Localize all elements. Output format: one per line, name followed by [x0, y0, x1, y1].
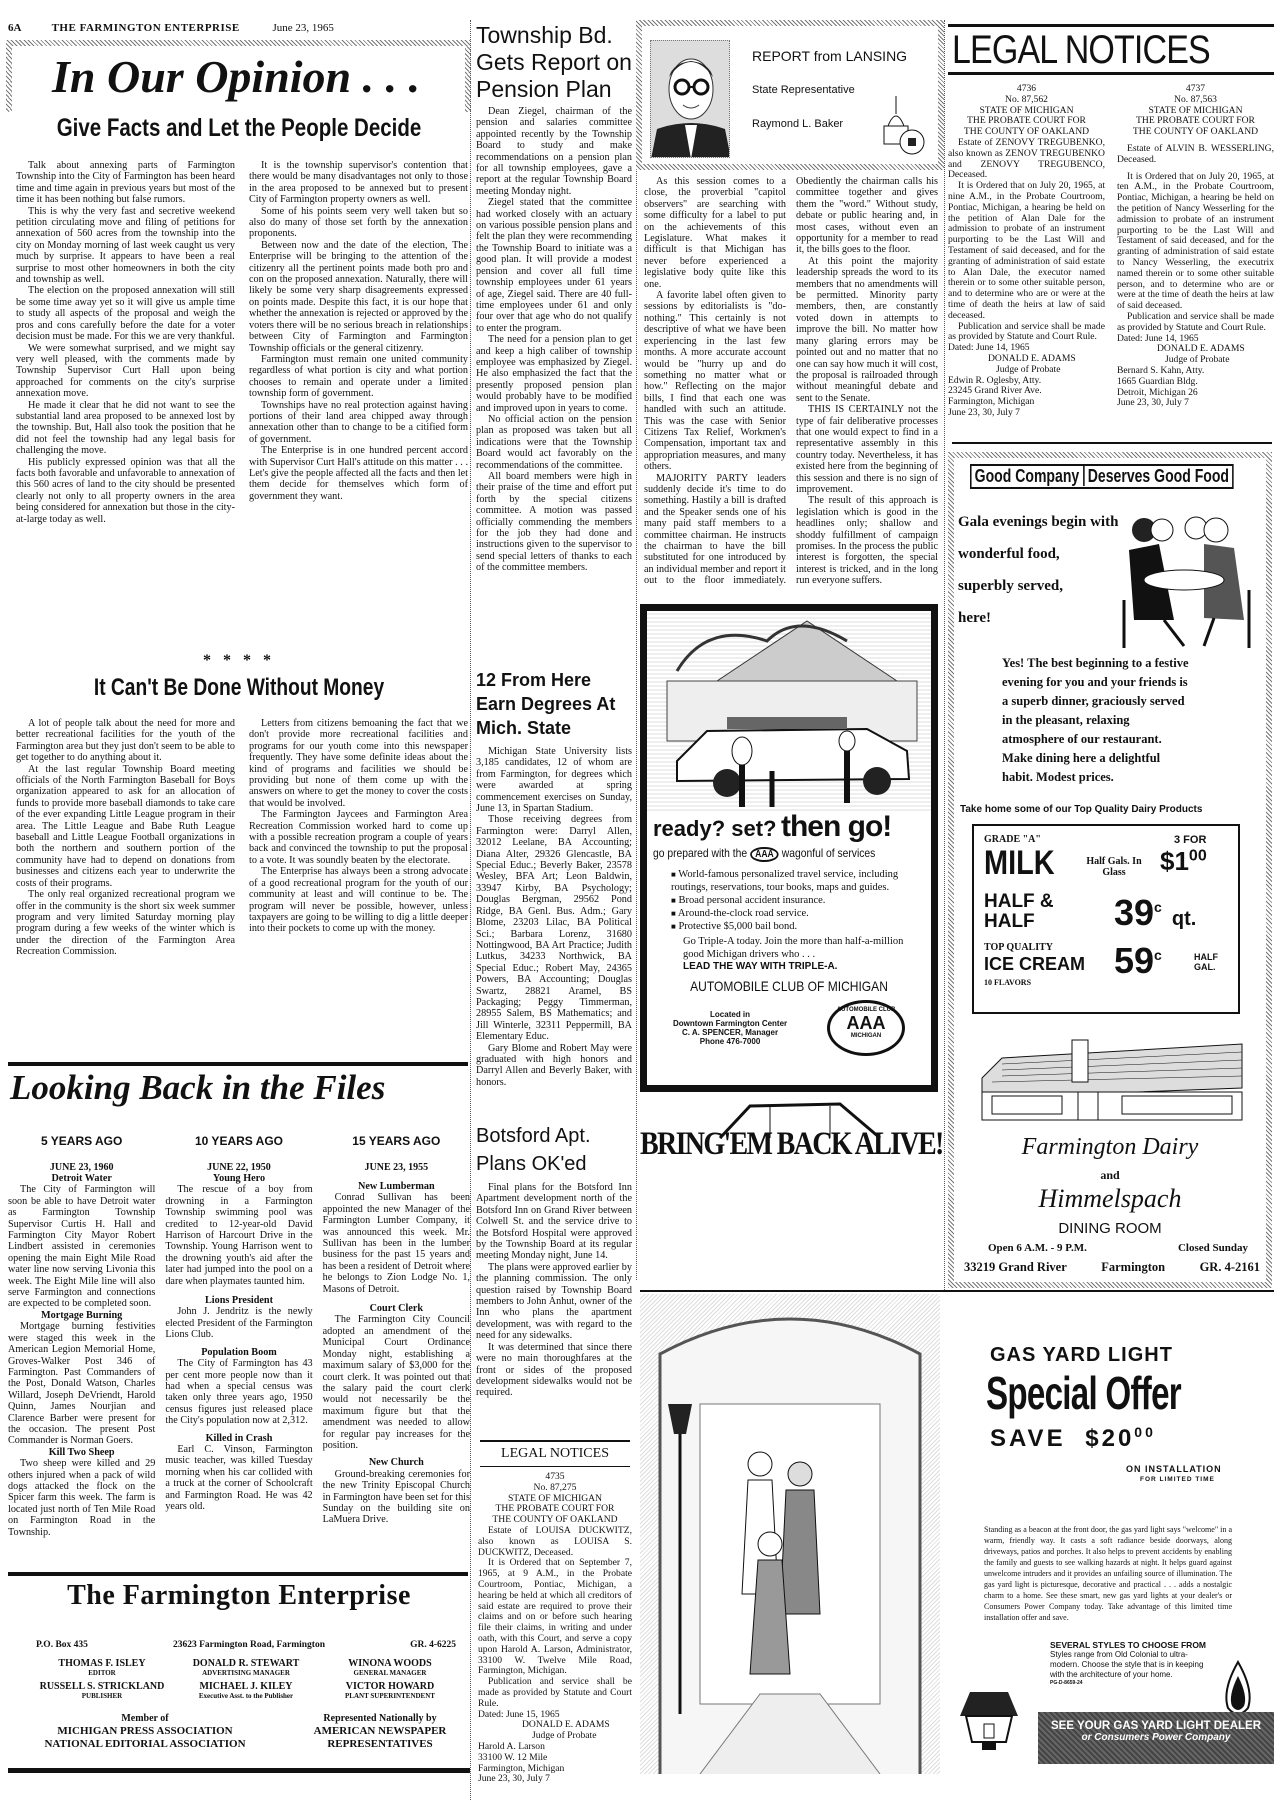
staff-contact-row: P.O. Box 435 23623 Farmington Road, Farm… — [36, 1640, 456, 1650]
styles-title: SEVERAL STYLES TO CHOOSE FROM — [1050, 1640, 1210, 1650]
milk-qty: 3 FOR — [1174, 834, 1206, 846]
lansing-subtitle: State Representative — [752, 84, 855, 96]
member-of: Member of MICHIGAN PRESS ASSOCIATION NAT… — [20, 1712, 270, 1751]
paragraph: At this point the majority leadership sp… — [796, 256, 938, 404]
item-text: The Farmington City Council adopted an a… — [323, 1314, 470, 1451]
save-label: SAVE — [990, 1425, 1066, 1452]
aaa-location: Located in Downtown Farmington Center C.… — [673, 1010, 787, 1046]
staff-grid: THOMAS F. ISLEYEDITOR DONALD R. STEWARTA… — [30, 1658, 462, 1700]
divider — [952, 442, 1272, 444]
paragraph: Between now and the date of the election… — [249, 240, 468, 354]
paragraph: Dean Ziegel, chairman of the pension and… — [476, 106, 632, 197]
staff-name: RUSSELL S. STRICKLAND — [30, 1681, 174, 1692]
rep-org: REPRESENTATIVES — [300, 1738, 460, 1751]
aaa-headline: ready? set? then go! — [653, 813, 925, 846]
divider — [948, 72, 1274, 75]
case-number: No. 87,562 — [948, 95, 1105, 106]
phone: GR. 4-2161 — [1200, 1260, 1260, 1275]
divider — [8, 1572, 468, 1576]
opening-hours: Open 6 A.M. - 9 P.M. — [988, 1242, 1087, 1254]
item-title: Court Clerk — [323, 1303, 470, 1314]
publication-line: Publication and service shall be made as… — [948, 322, 1105, 344]
price-cents: 00 — [1189, 847, 1207, 864]
paragraph: It was determined that since there were … — [476, 1342, 632, 1399]
ice-cream-label: ICE CREAM — [984, 954, 1085, 975]
paragraph: Publication and service shall be made as… — [478, 1677, 632, 1709]
looking-back-columns: 5 YEARS AGO JUNE 23, 1960 Detroit Water … — [8, 1134, 470, 1554]
aaa-tagline: go prepared with the AAA wagonful of ser… — [653, 846, 887, 862]
paragraph: We were somewhat surprised, and we might… — [16, 343, 235, 400]
save-cents: 00 — [1134, 1424, 1156, 1440]
staff-role: GENERAL MANAGER — [318, 1669, 462, 1677]
gas-body: Standing as a beacon at the front door, … — [984, 1524, 1232, 1623]
closed-day: Closed Sunday — [1178, 1242, 1248, 1254]
safety-slogan: BRING'EM BACK ALIVE! — [640, 1126, 895, 1163]
take-home-line: Take home some of our Top Quality Dairy … — [960, 804, 1260, 815]
intro-line: wonderful food, — [958, 538, 1118, 570]
price-cents: c — [1154, 899, 1162, 915]
paragraph: The result of this approach is legislati… — [796, 495, 938, 586]
dairy-banner: Good Company Deserves Good Food — [970, 464, 1234, 489]
special-offer: Special Offer — [986, 1366, 1181, 1420]
paper-name: THE FARMINGTON ENTERPRISE — [52, 22, 240, 34]
item-title: Young Hero — [165, 1173, 312, 1184]
location-line: C. A. SPENCER, Manager — [673, 1028, 787, 1037]
attorney-line: June 23, 30, July 7 — [478, 1774, 632, 1785]
item-title: New Church — [323, 1457, 470, 1468]
staff-role: Executive Asst. to the Publisher — [174, 1692, 318, 1700]
attorney-line: June 23, 30, July 7 — [948, 408, 1105, 419]
city: Farmington — [1101, 1260, 1165, 1275]
item-title: New Lumberman — [323, 1181, 470, 1192]
staff-role: EDITOR — [30, 1669, 174, 1677]
milk-label: MILK — [984, 844, 1055, 883]
intro-line: superbly served, — [958, 570, 1118, 602]
aaa-logo-icon: AAA — [750, 847, 779, 862]
paragraph: At the last regular Township Board meeti… — [16, 764, 235, 889]
paragraph: Talk about annexing parts of Farmington … — [16, 160, 235, 206]
aaa-cta-bold: LEAD THE WAY WITH TRIPLE-A. — [683, 961, 925, 972]
location-line: Downtown Farmington Center — [673, 1019, 787, 1028]
editorial-1-headline: Give Facts and Let the People Decide — [50, 114, 429, 143]
legal-notices-header: LEGAL NOTICES — [952, 30, 1224, 70]
page-header: 6A THE FARMINGTON ENTERPRISE June 23, 19… — [8, 22, 468, 38]
paragraph: Ziegel stated that the committee had wor… — [476, 197, 632, 334]
item-text: The City of Farmington has 43 per cent m… — [165, 1358, 312, 1426]
paragraph: The Farmington Jaycees and Farmington Ar… — [249, 809, 468, 866]
item-title: Lions President — [165, 1295, 312, 1306]
represented-by: Represented Nationally by AMERICAN NEWSP… — [300, 1712, 460, 1751]
price-main: 39 — [1114, 892, 1154, 933]
section-separator: * * * * — [8, 652, 470, 670]
gas-lamp-icon — [940, 1686, 1038, 1752]
paragraph: The Enterprise has always been a strong … — [249, 866, 468, 934]
represented-label: Represented Nationally by — [300, 1712, 460, 1725]
dairy-intro: Gala evenings begin with wonderful food,… — [958, 506, 1118, 634]
dairy-name: Farmington Dairy — [954, 1134, 1266, 1161]
ice-cream-flavors: 10 FLAVORS — [984, 978, 1031, 987]
item-text: Two sheep were killed and 29 others inju… — [8, 1458, 155, 1538]
paragraph: The Enterprise is in one hundred percent… — [249, 445, 468, 502]
service-text: Protective $5,000 bail bond. — [678, 921, 797, 932]
staff-name: VICTOR HOWARD — [318, 1681, 462, 1692]
lansing-header-box: REPORT from LANSING State Representative… — [636, 20, 944, 170]
ice-cream-quality: TOP QUALITY — [984, 942, 1053, 953]
half-and-half-label: HALF & HALF — [984, 892, 1064, 932]
column-header: 15 YEARS AGO — [323, 1134, 470, 1148]
safety-slogan-graphic: BRING'EM BACK ALIVE! — [640, 1098, 940, 1168]
legal-notice-4736: 4736 No. 87,562 STATE OF MICHIGAN THE PR… — [948, 84, 1105, 419]
intro-line: here! — [958, 602, 1118, 634]
township-headline: Township Bd. Gets Report on Pension Plan — [476, 22, 636, 103]
paragraph: As this session comes to a close, the pr… — [644, 176, 786, 290]
judge-title: Judge of Probate — [948, 365, 1105, 376]
milk-price: $100 — [1160, 846, 1207, 877]
column-rule — [636, 20, 637, 1280]
column-date: JUNE 22, 1950 — [165, 1162, 312, 1173]
paper-nameplate: The Farmington Enterprise — [8, 1580, 470, 1612]
attorney-line: June 23, 30, July 7 — [1117, 398, 1274, 409]
price-main: 59 — [1114, 940, 1154, 981]
ice-cream-unit: HALF GAL. — [1194, 952, 1234, 972]
estate-line: Estate of ALVIN B. WESSERLING, Deceased. — [1117, 144, 1274, 166]
dairy-body: Yes! The best beginning to a festive eve… — [1002, 654, 1192, 787]
item-title: Population Boom — [165, 1347, 312, 1358]
estate-line: Estate of ZENOVY TREGUBENKO, also known … — [948, 138, 1105, 181]
tagline-text: go prepared with the — [653, 846, 747, 860]
botsford-body: Final plans for the Botsford Inn Apartme… — [476, 1182, 632, 1399]
on-installation: ON INSTALLATION — [1126, 1464, 1222, 1474]
staff-role: PUBLISHER — [30, 1692, 174, 1700]
location-line: Located in — [673, 1010, 787, 1019]
limited-time: FOR LIMITED TIME — [1140, 1476, 1215, 1483]
ice-cream-price: 59c — [1114, 940, 1162, 982]
divider — [8, 1768, 470, 1773]
office-address: 23623 Farmington Road, Farmington — [173, 1640, 325, 1650]
diners-illustration — [1104, 500, 1264, 650]
milk-note: Half Gals. In Glass — [1084, 856, 1144, 878]
member-label: Member of — [20, 1712, 270, 1725]
save-line: SAVE $2000 — [990, 1424, 1156, 1453]
half-and-half-price: 39c qt. — [1114, 892, 1196, 934]
item-text: Conrad Sullivan has been appointed the n… — [323, 1192, 470, 1295]
service-item: ■ Broad personal accident insurance. — [671, 894, 925, 907]
column-date: JUNE 23, 1955 — [323, 1162, 470, 1173]
rep-org: AMERICAN NEWSPAPER — [300, 1725, 460, 1738]
restaurant-name: Himmelspach — [954, 1184, 1266, 1214]
aaa-seal-icon: AUTOMOBILE CLUB AAA MICHIGAN — [827, 1000, 905, 1056]
item-title: Detroit Water — [8, 1173, 155, 1184]
legal-notice-4737: 4737 No. 87,563 STATE OF MICHIGAN THE PR… — [1117, 84, 1274, 419]
issue-date: June 23, 1965 — [272, 22, 333, 34]
column-header: 5 YEARS AGO — [8, 1134, 155, 1148]
column-rule — [470, 20, 471, 1800]
divider — [480, 1440, 630, 1442]
representative-name: Raymond L. Baker — [752, 118, 843, 130]
staff-entry: VICTOR HOWARDPLANT SUPERINTENDENT — [318, 1681, 462, 1700]
save-amount: $20 — [1085, 1425, 1134, 1452]
service-item: ■ World-famous personalized travel servi… — [671, 868, 925, 894]
paragraph: A favorite label often given to sessions… — [644, 290, 786, 473]
attorney-line: 33100 W. 12 Mile — [478, 1753, 632, 1764]
service-item: ■ Around-the-clock road service. — [671, 907, 925, 920]
paragraph: It is Ordered that on September 7, 1965,… — [478, 1558, 632, 1677]
paragraph: The only real organized recreational pro… — [16, 889, 235, 957]
dining-room-label: DINING ROOM — [954, 1220, 1266, 1237]
publication-line: Publication and service shall be made as… — [1117, 312, 1274, 334]
intro-line: Gala evenings begin with — [958, 506, 1118, 538]
staff-name: WINONA WOODS — [318, 1658, 462, 1669]
looking-back-column: 10 YEARS AGO JUNE 22, 1950 Young Hero Th… — [165, 1134, 312, 1554]
paragraph: He made it clear that he did not want to… — [16, 400, 235, 457]
column-rule — [944, 20, 945, 1290]
dairy-price-box: GRADE "A" MILK Half Gals. In Glass 3 FOR… — [972, 824, 1240, 1014]
paragraph: Michigan State University lists 3,185 ca… — [476, 746, 632, 814]
paragraph: Final plans for the Botsford Inn Apartme… — [476, 1182, 632, 1262]
staff-role: PLANT SUPERINTENDENT — [318, 1692, 462, 1700]
address-row: 33219 Grand River Farmington GR. 4-2161 — [964, 1260, 1260, 1275]
paragraph: Townships have no real protection agains… — [249, 400, 468, 446]
gas-line1: GAS YARD LIGHT — [990, 1344, 1173, 1367]
portrait-photo — [650, 40, 730, 158]
opinion-banner-title: In Our Opinion . . . — [12, 46, 465, 108]
paragraph: No official action on the pension plan a… — [476, 414, 632, 471]
paragraph: THIS IS CERTAINLY not the type of fair d… — [796, 404, 938, 495]
member-org: NATIONAL EDITORIAL ASSOCIATION — [20, 1738, 270, 1751]
msu-body: Michigan State University lists 3,185 ca… — [476, 746, 632, 1088]
price-unit: qt. — [1172, 908, 1196, 930]
notice-body: It is Ordered that on July 20, 1965, at … — [948, 181, 1105, 321]
case-number: No. 87,563 — [1117, 95, 1274, 106]
item-text: John J. Jendritz is the newly elected Pr… — [165, 1306, 312, 1340]
paragraph: A lot of people talk about the need for … — [16, 718, 235, 764]
page-number: 6A — [8, 22, 21, 34]
paragraph: Estate of LOUISA DUCKWITZ, also known as… — [478, 1526, 632, 1558]
ad-code: PG-D-8659-24 — [1050, 1680, 1210, 1686]
divider — [640, 1290, 1274, 1292]
paragraph: The plans were approved earlier by the p… — [476, 1262, 632, 1342]
service-item: ■ Protective $5,000 bail bond. — [671, 920, 925, 933]
legal-notices-header-small: LEGAL NOTICES — [476, 1446, 634, 1462]
paragraph: All board members were high in their pra… — [476, 471, 632, 574]
msu-headline: 12 From Here Earn Degrees At Mich. State — [476, 668, 636, 740]
column-date: JUNE 23, 1960 — [8, 1162, 155, 1173]
paragraph: Letters from citizens bemoaning the fact… — [249, 718, 468, 809]
dairy-building-illustration — [972, 1028, 1252, 1128]
editorial-2-headline: It Can't Be Done Without Money — [54, 674, 424, 702]
lansing-title: REPORT from LANSING — [752, 48, 907, 64]
divider — [480, 1466, 630, 1467]
styles-text: Styles range from Old Colonial to ultra-… — [1050, 1650, 1210, 1680]
office-phone: GR. 4-6225 — [410, 1640, 456, 1650]
paragraph: The need for a pension plan to get and k… — [476, 334, 632, 414]
station-wagon-illustration — [647, 611, 931, 811]
paragraph: Some of his points seem very well taken … — [249, 206, 468, 240]
staff-name: MICHAEL J. KILEY — [174, 1681, 318, 1692]
item-text: The rescue of a boy from drowning in a F… — [165, 1184, 312, 1287]
company-text: or Consumers Power Company — [1038, 1732, 1274, 1743]
banner-text: Good Company — [975, 466, 1080, 486]
divider — [948, 24, 1274, 27]
aaa-advertisement: ready? set? then go! go prepared with th… — [640, 604, 938, 1092]
paragraph: His publicly expressed opinion was that … — [16, 457, 235, 525]
paragraph: Gary Blome and Robert May were graduated… — [476, 1043, 632, 1089]
staff-role: ADVERTISING MANAGER — [174, 1669, 318, 1677]
paragraph: The election on the proposed annexation … — [16, 285, 235, 342]
staff-entry: THOMAS F. ISLEYEDITOR — [30, 1658, 174, 1677]
looking-back-column: 15 YEARS AGO JUNE 23, 1955 New Lumberman… — [323, 1134, 470, 1554]
editorial-2-body: A lot of people talk about the need for … — [16, 718, 468, 1043]
gas-light-illustration — [640, 1294, 940, 1774]
price-main: $1 — [1160, 846, 1189, 876]
banner-text: Deserves Good Food — [1083, 466, 1229, 486]
service-text: World-famous personalized travel service… — [671, 869, 898, 893]
paragraph: It is the township supervisor's contenti… — [249, 160, 468, 206]
po-box: P.O. Box 435 — [36, 1640, 88, 1650]
township-body: Dean Ziegel, chairman of the pension and… — [476, 106, 632, 574]
item-text: Mortgage burning festivities were staged… — [8, 1321, 155, 1446]
aaa-cta: Go Triple-A today. Join the more than ha… — [683, 935, 925, 961]
item-text: Earl C. Vinson, Farmington music teacher… — [165, 1444, 312, 1512]
item-text: Ground-breaking ceremonies for the new T… — [323, 1469, 470, 1526]
staff-name: DONALD R. STEWART — [174, 1658, 318, 1669]
column-header: 10 YEARS AGO — [165, 1134, 312, 1148]
styles-box: SEVERAL STYLES TO CHOOSE FROM Styles ran… — [1050, 1640, 1210, 1686]
opinion-banner: In Our Opinion . . . — [6, 40, 471, 112]
attorney-line: 1665 Guardian Bldg. — [1117, 377, 1274, 388]
item-title: Kill Two Sheep — [8, 1447, 155, 1458]
paragraph: This is why the very fast and secretive … — [16, 206, 235, 286]
dairy-advertisement: Good Company Deserves Good Food Gala eve… — [948, 452, 1272, 1288]
item-text: The City of Farmington will soon be able… — [8, 1184, 155, 1309]
headline-go: then go! — [781, 810, 891, 843]
editorial-1-body: Talk about annexing parts of Farmington … — [16, 160, 468, 620]
paragraph: Those receiving degrees from Farmington … — [476, 814, 632, 1042]
location-line: Phone 476-7000 — [673, 1037, 787, 1046]
item-title: Killed in Crash — [165, 1433, 312, 1444]
member-org: MICHIGAN PRESS ASSOCIATION — [20, 1725, 270, 1738]
looking-back-column: 5 YEARS AGO JUNE 23, 1960 Detroit Water … — [8, 1134, 155, 1554]
legal-notice-4735: 4735 No. 87,275 STATE OF MICHIGAN THE PR… — [478, 1472, 632, 1785]
item-title: Mortgage Burning — [8, 1310, 155, 1321]
capitol-seal-icon — [880, 96, 926, 160]
legal-notices-columns: 4736 No. 87,562 STATE OF MICHIGAN THE PR… — [948, 84, 1274, 419]
price-cents: c — [1154, 947, 1162, 963]
notice-body: It is Ordered that on July 20, 1965, at … — [1117, 172, 1274, 312]
service-text: Around-the-clock road service. — [678, 908, 809, 919]
botsford-headline: Botsford Apt. Plans OK'ed — [476, 1122, 636, 1178]
dairy-and: and — [954, 1168, 1266, 1183]
headline-ready: ready? set? — [653, 816, 777, 841]
tagline-text: wagonful of services — [782, 846, 876, 860]
looking-back-title: Looking Back in the Files — [10, 1068, 470, 1108]
aaa-services-list: ■ World-famous personalized travel servi… — [671, 868, 925, 933]
dealer-banner: SEE YOUR GAS YARD LIGHT DEALER or Consum… — [1038, 1712, 1274, 1764]
hours-row: Open 6 A.M. - 9 P.M. Closed Sunday — [988, 1242, 1248, 1254]
lansing-body: As this session comes to a close, the pr… — [644, 176, 938, 588]
staff-entry: MICHAEL J. KILEYExecutive Asst. to the P… — [174, 1681, 318, 1700]
divider — [8, 1062, 468, 1066]
street-address: 33219 Grand River — [964, 1260, 1067, 1275]
seal-text: AAA — [830, 1013, 902, 1033]
staff-entry: DONALD R. STEWARTADVERTISING MANAGER — [174, 1658, 318, 1677]
case-number: No. 87,275 — [478, 1483, 632, 1494]
gas-flame-icon — [1218, 1660, 1258, 1720]
staff-entry: RUSSELL S. STRICKLANDPUBLISHER — [30, 1681, 174, 1700]
seal-text: MICHIGAN — [830, 1033, 902, 1039]
staff-entry: WINONA WOODSGENERAL MANAGER — [318, 1658, 462, 1677]
aaa-club-name: AUTOMOBILE CLUB OF MICHIGAN — [672, 978, 906, 994]
court-line: THE COUNTY OF OAKLAND — [1117, 127, 1274, 138]
service-text: Broad personal accident insurance. — [678, 895, 825, 906]
dealer-text: SEE YOUR GAS YARD LIGHT DEALER — [1038, 1720, 1274, 1732]
paragraph: Farmington must remain one united commun… — [249, 354, 468, 400]
staff-name: THOMAS F. ISLEY — [30, 1658, 174, 1669]
